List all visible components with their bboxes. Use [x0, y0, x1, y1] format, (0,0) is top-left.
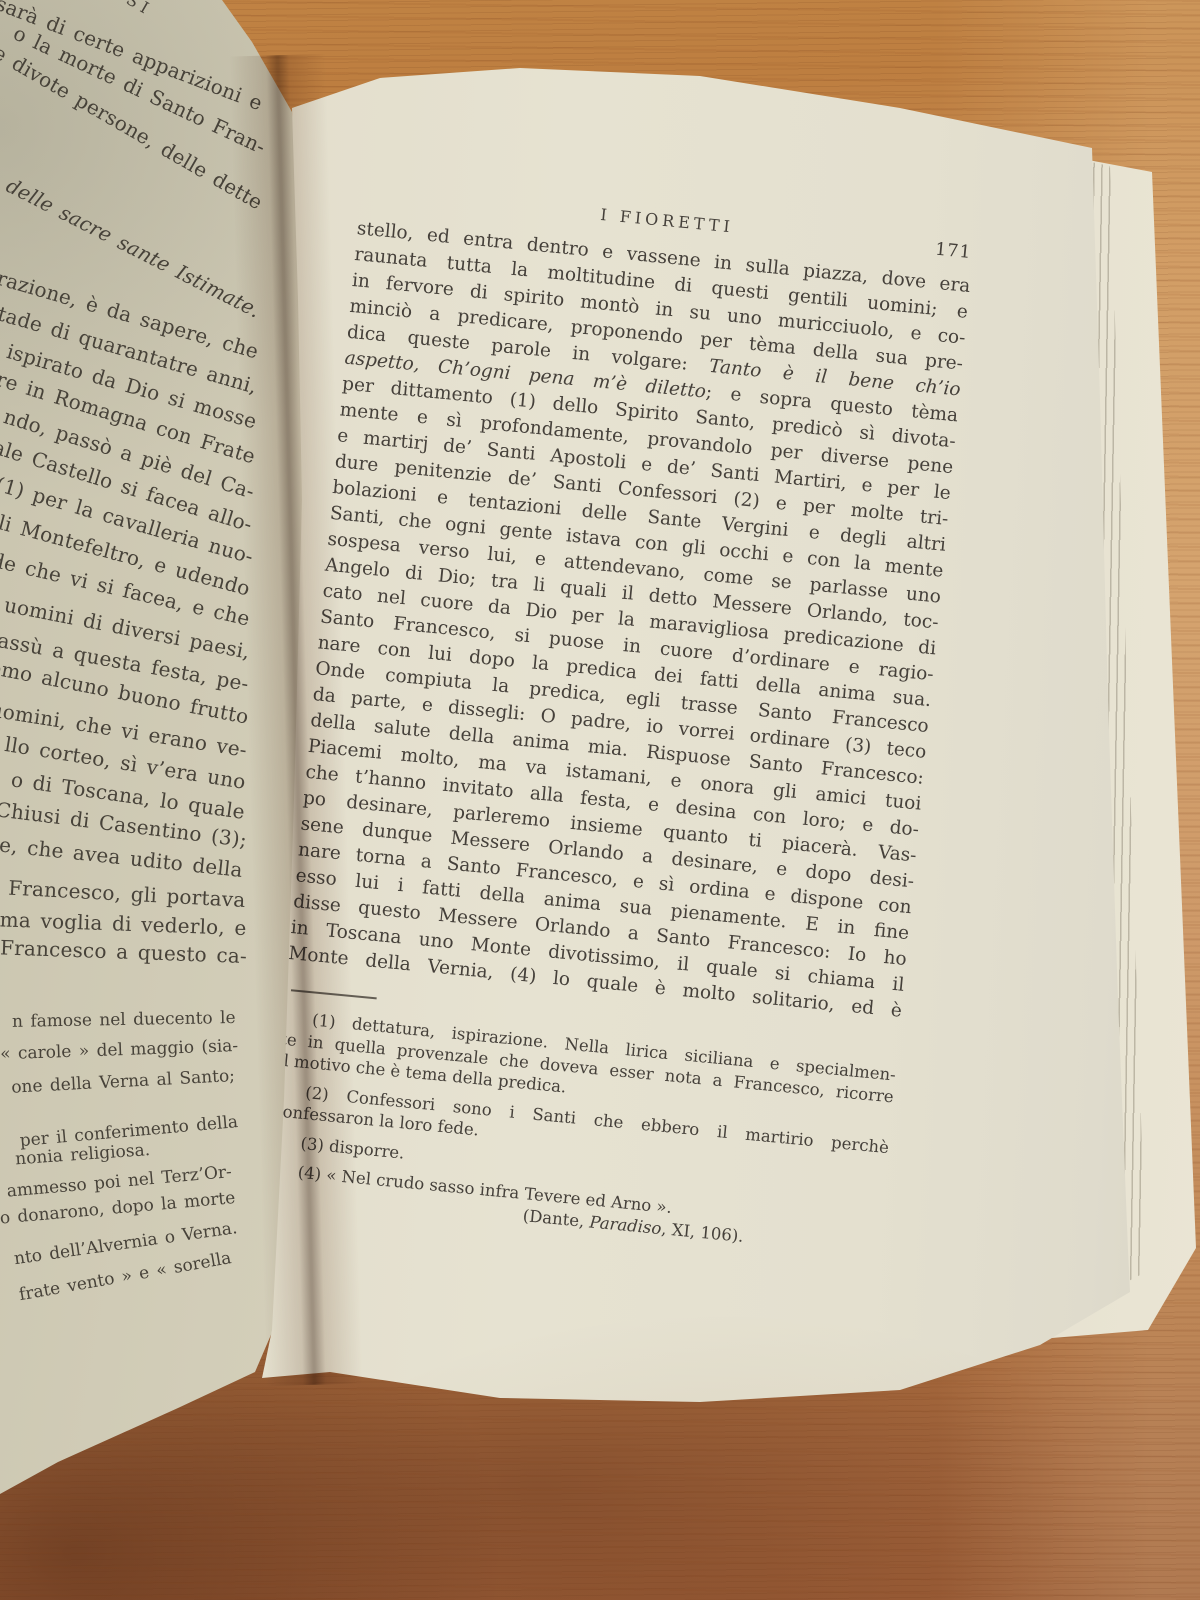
book-photo: SISI sarà di certe apparizioni eo la mor… — [0, 0, 1200, 1600]
footnotes: (1) dettatura, ispirazione. Nella lirica… — [265, 1007, 897, 1260]
right-page-text: I FIORETTI 171 stello, ed entra dentro e… — [265, 178, 975, 1259]
body-text: stello, ed entra dentro e vassene in sul… — [287, 216, 971, 1025]
footnote-divider — [291, 989, 377, 999]
page-number: 171 — [934, 240, 972, 263]
left-running-head-fragment: SISI — [100, 0, 157, 20]
text-line: Francesco, gli portava — [7, 876, 245, 912]
text-line: ima voglia di vederlo, e — [0, 907, 247, 940]
text-line: n famose nel duecento le — [12, 1008, 236, 1032]
text-line: one della Verna al Santo; — [11, 1066, 236, 1098]
text-line: « carole » del maggio (sia- — [0, 1036, 238, 1064]
text-line: Francesco a questo ca- — [0, 935, 247, 968]
